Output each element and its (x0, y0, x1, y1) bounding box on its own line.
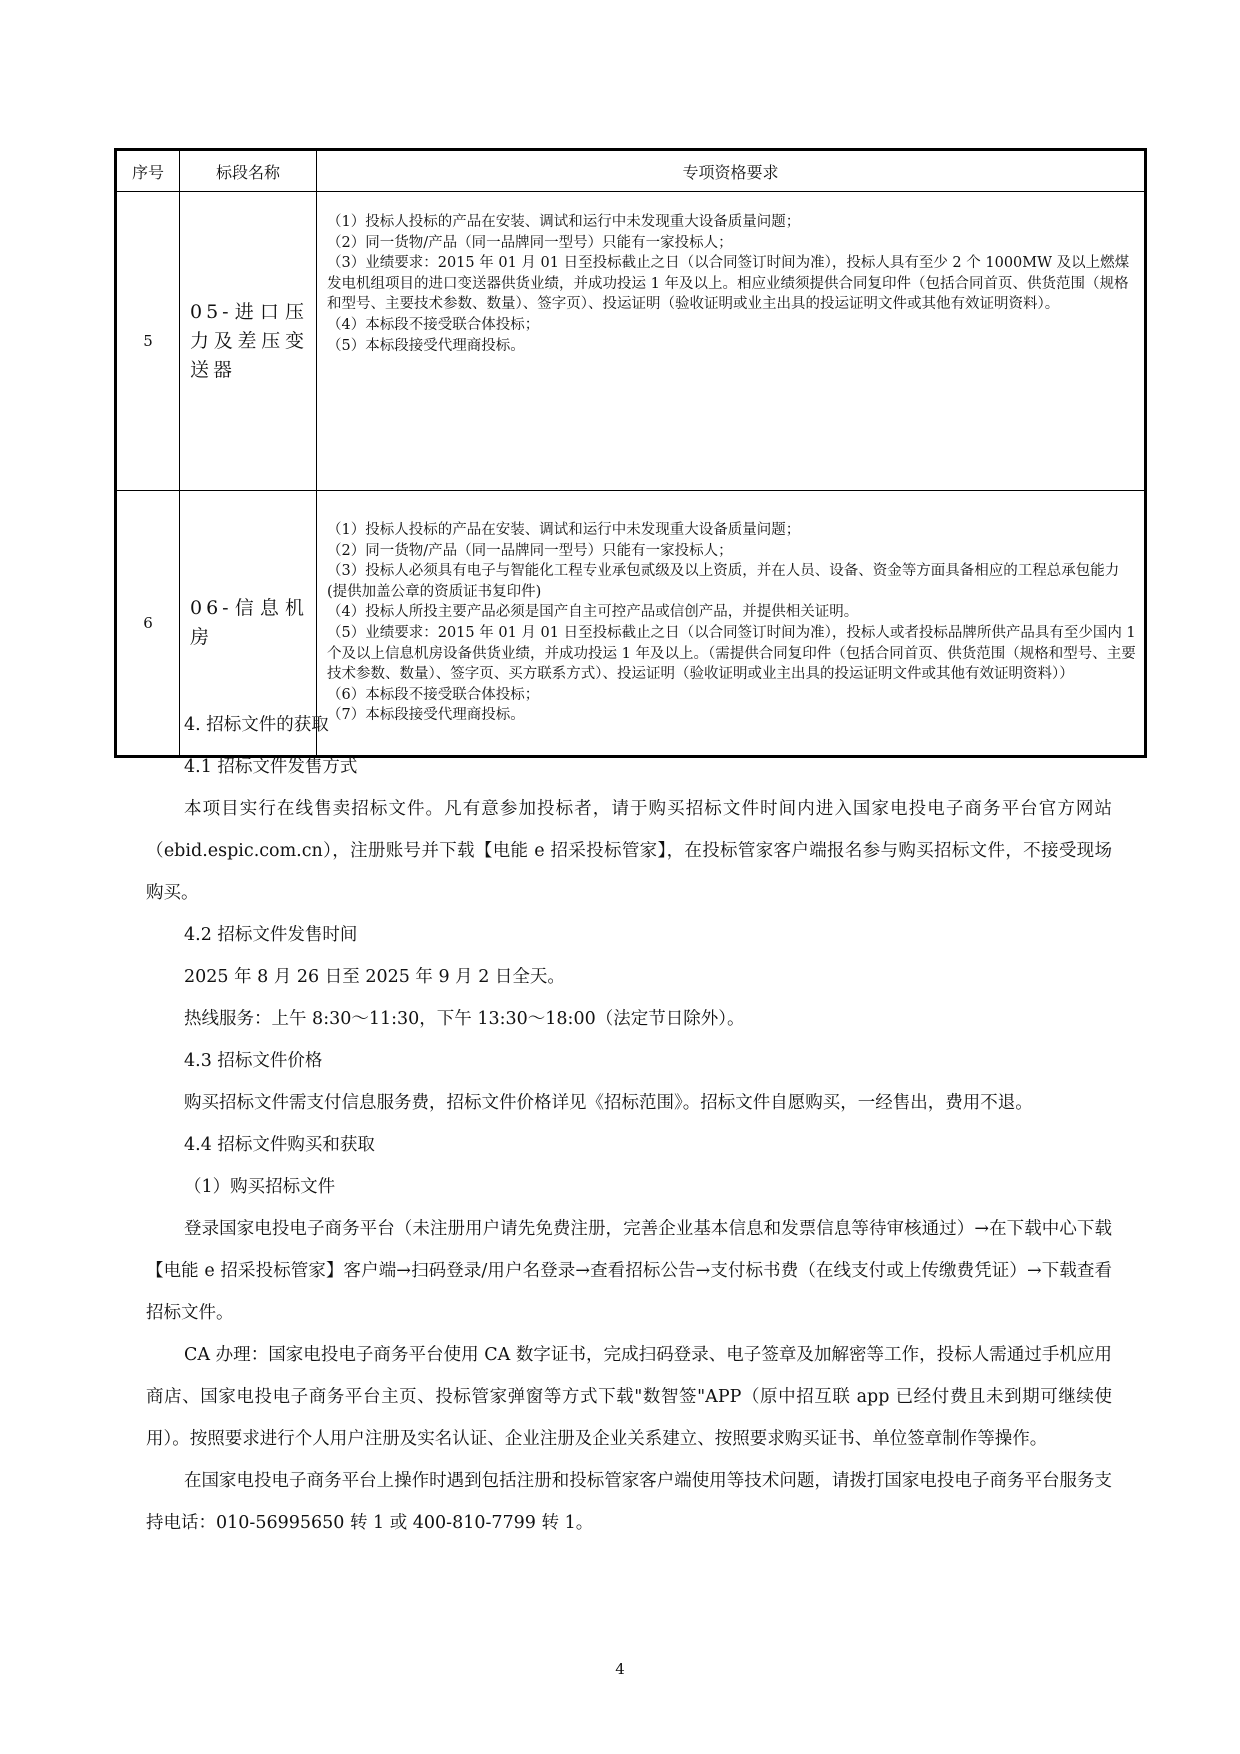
table-header-row: 序号 标段名称 专项资格要求 (116, 150, 1146, 192)
row-requirements: （1）投标人投标的产品在安装、调试和运行中未发现重大设备质量问题； （2）同一货… (317, 192, 1146, 491)
paragraph: 在国家电投电子商务平台上操作时遇到包括注册和投标管家客户端使用等技术问题，请拨打… (146, 1460, 1112, 1544)
requirement-item: （4）本标段不接受联合体投标； (327, 315, 1138, 336)
requirement-item: （3）投标人必须具有电子与智能化工程专业承包贰级及以上资质，并在人员、设备、资金… (327, 561, 1138, 602)
subsection-heading: 4.3 招标文件价格 (146, 1040, 1112, 1082)
requirement-item: （5）本标段接受代理商投标。 (327, 336, 1138, 357)
section-heading: 4. 招标文件的获取 (146, 704, 1112, 746)
requirement-item: （2）同一货物/产品（同一品牌同一型号）只能有一家投标人； (327, 541, 1138, 562)
qualification-table-container: 序号 标段名称 专项资格要求 5 05-进口压力及差压变送器 （1）投标人投标的… (114, 148, 1147, 758)
page-number: 4 (0, 1660, 1240, 1678)
requirement-item: （3）业绩要求：2015 年 01 月 01 日至投标截止之日（以合同签订时间为… (327, 253, 1138, 315)
list-heading: （1）购买招标文件 (146, 1166, 1112, 1208)
row-index: 5 (116, 192, 180, 491)
subsection-heading: 4.1 招标文件发售方式 (146, 746, 1112, 788)
subsection-heading: 4.4 招标文件购买和获取 (146, 1124, 1112, 1166)
requirement-item: （5）业绩要求：2015 年 01 月 01 日至投标截止之日（以合同签订时间为… (327, 623, 1138, 685)
subsection-heading: 4.2 招标文件发售时间 (146, 914, 1112, 956)
document-body: 4. 招标文件的获取 4.1 招标文件发售方式 本项目实行在线售卖招标文件。凡有… (146, 704, 1112, 1544)
paragraph: 2025 年 8 月 26 日至 2025 年 9 月 2 日全天。 (146, 956, 1112, 998)
header-lot-name: 标段名称 (180, 150, 317, 192)
row-lot-name: 05-进口压力及差压变送器 (180, 192, 317, 491)
header-index: 序号 (116, 150, 180, 192)
header-requirements: 专项资格要求 (317, 150, 1146, 192)
paragraph: 热线服务：上午 8:30～11:30，下午 13:30～18:00（法定节日除外… (146, 998, 1112, 1040)
requirement-item: （6）本标段不接受联合体投标； (327, 685, 1138, 706)
requirement-item: （2）同一货物/产品（同一品牌同一型号）只能有一家投标人； (327, 233, 1138, 254)
requirement-item: （4）投标人所投主要产品必须是国产自主可控产品或信创产品，并提供相关证明。 (327, 602, 1138, 623)
qualification-table: 序号 标段名称 专项资格要求 5 05-进口压力及差压变送器 （1）投标人投标的… (114, 148, 1147, 758)
paragraph: CA 办理：国家电投电子商务平台使用 CA 数字证书，完成扫码登录、电子签章及加… (146, 1334, 1112, 1460)
table-row: 5 05-进口压力及差压变送器 （1）投标人投标的产品在安装、调试和运行中未发现… (116, 192, 1146, 491)
paragraph: 登录国家电投电子商务平台（未注册用户请先免费注册，完善企业基本信息和发票信息等待… (146, 1208, 1112, 1334)
requirement-item: （1）投标人投标的产品在安装、调试和运行中未发现重大设备质量问题； (327, 212, 1138, 233)
paragraph: 购买招标文件需支付信息服务费，招标文件价格详见《招标范围》。招标文件自愿购买，一… (146, 1082, 1112, 1124)
requirement-item: （1）投标人投标的产品在安装、调试和运行中未发现重大设备质量问题； (327, 520, 1138, 541)
paragraph: 本项目实行在线售卖招标文件。凡有意参加投标者，请于购买招标文件时间内进入国家电投… (146, 788, 1112, 914)
